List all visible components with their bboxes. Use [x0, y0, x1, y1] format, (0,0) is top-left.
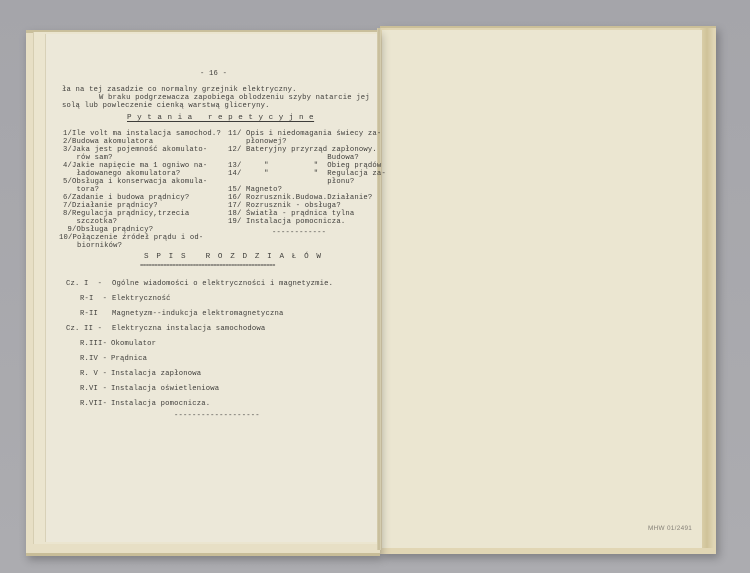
toc-label: R.IV - — [80, 355, 107, 363]
toc-title: Elektryczność — [112, 295, 171, 303]
right-page — [382, 30, 702, 548]
toc-end-rule: ------------------- — [174, 412, 260, 420]
page-number: - 16 - — [200, 70, 227, 78]
inventory-stamp: MHW 01/2491 — [648, 525, 692, 532]
toc-heading: S P I S R O Z D Z I A Ł Ó W — [144, 253, 323, 261]
question-line: biorników? — [59, 242, 122, 250]
toc-label: R. V - — [80, 370, 107, 378]
toc-label: R.VII- — [80, 400, 107, 408]
toc-label: Cz. II - — [66, 325, 102, 333]
toc-title: Instalacja zapłonowa — [111, 370, 201, 378]
toc-heading-rule: ========================================… — [140, 262, 275, 270]
questions-end-rule: ------------ — [272, 229, 326, 237]
book-spine — [377, 28, 381, 550]
toc-label: Cz. I - — [66, 280, 102, 288]
toc-label: R-II — [80, 310, 98, 318]
toc-title: Instalacja oświetleniowa — [111, 385, 219, 393]
questions-heading: P y t a n i a r e p e t y c y j n e — [127, 114, 314, 122]
intro-line-3: solą lub powleczenie cienką warstwą glic… — [62, 102, 270, 110]
right-page-edges — [700, 28, 714, 548]
toc-label: R-I - — [80, 295, 107, 303]
toc-title: Elektryczna instalacja samochodowa — [112, 325, 265, 333]
toc-title: Prądnica — [111, 355, 147, 363]
toc-title: Ogólne wiadomości o elektryczności i mag… — [112, 280, 333, 288]
toc-title: Okomulator — [111, 340, 156, 348]
toc-title: Magnetyzm--indukcja elektromagnetyczna — [112, 310, 284, 318]
toc-title: Instalacja pomocnicza. — [111, 400, 210, 408]
toc-label: R.III- — [80, 340, 107, 348]
question-line: 19/ Instalacja pomocnicza. — [228, 218, 345, 226]
toc-label: R.VI - — [80, 385, 107, 393]
